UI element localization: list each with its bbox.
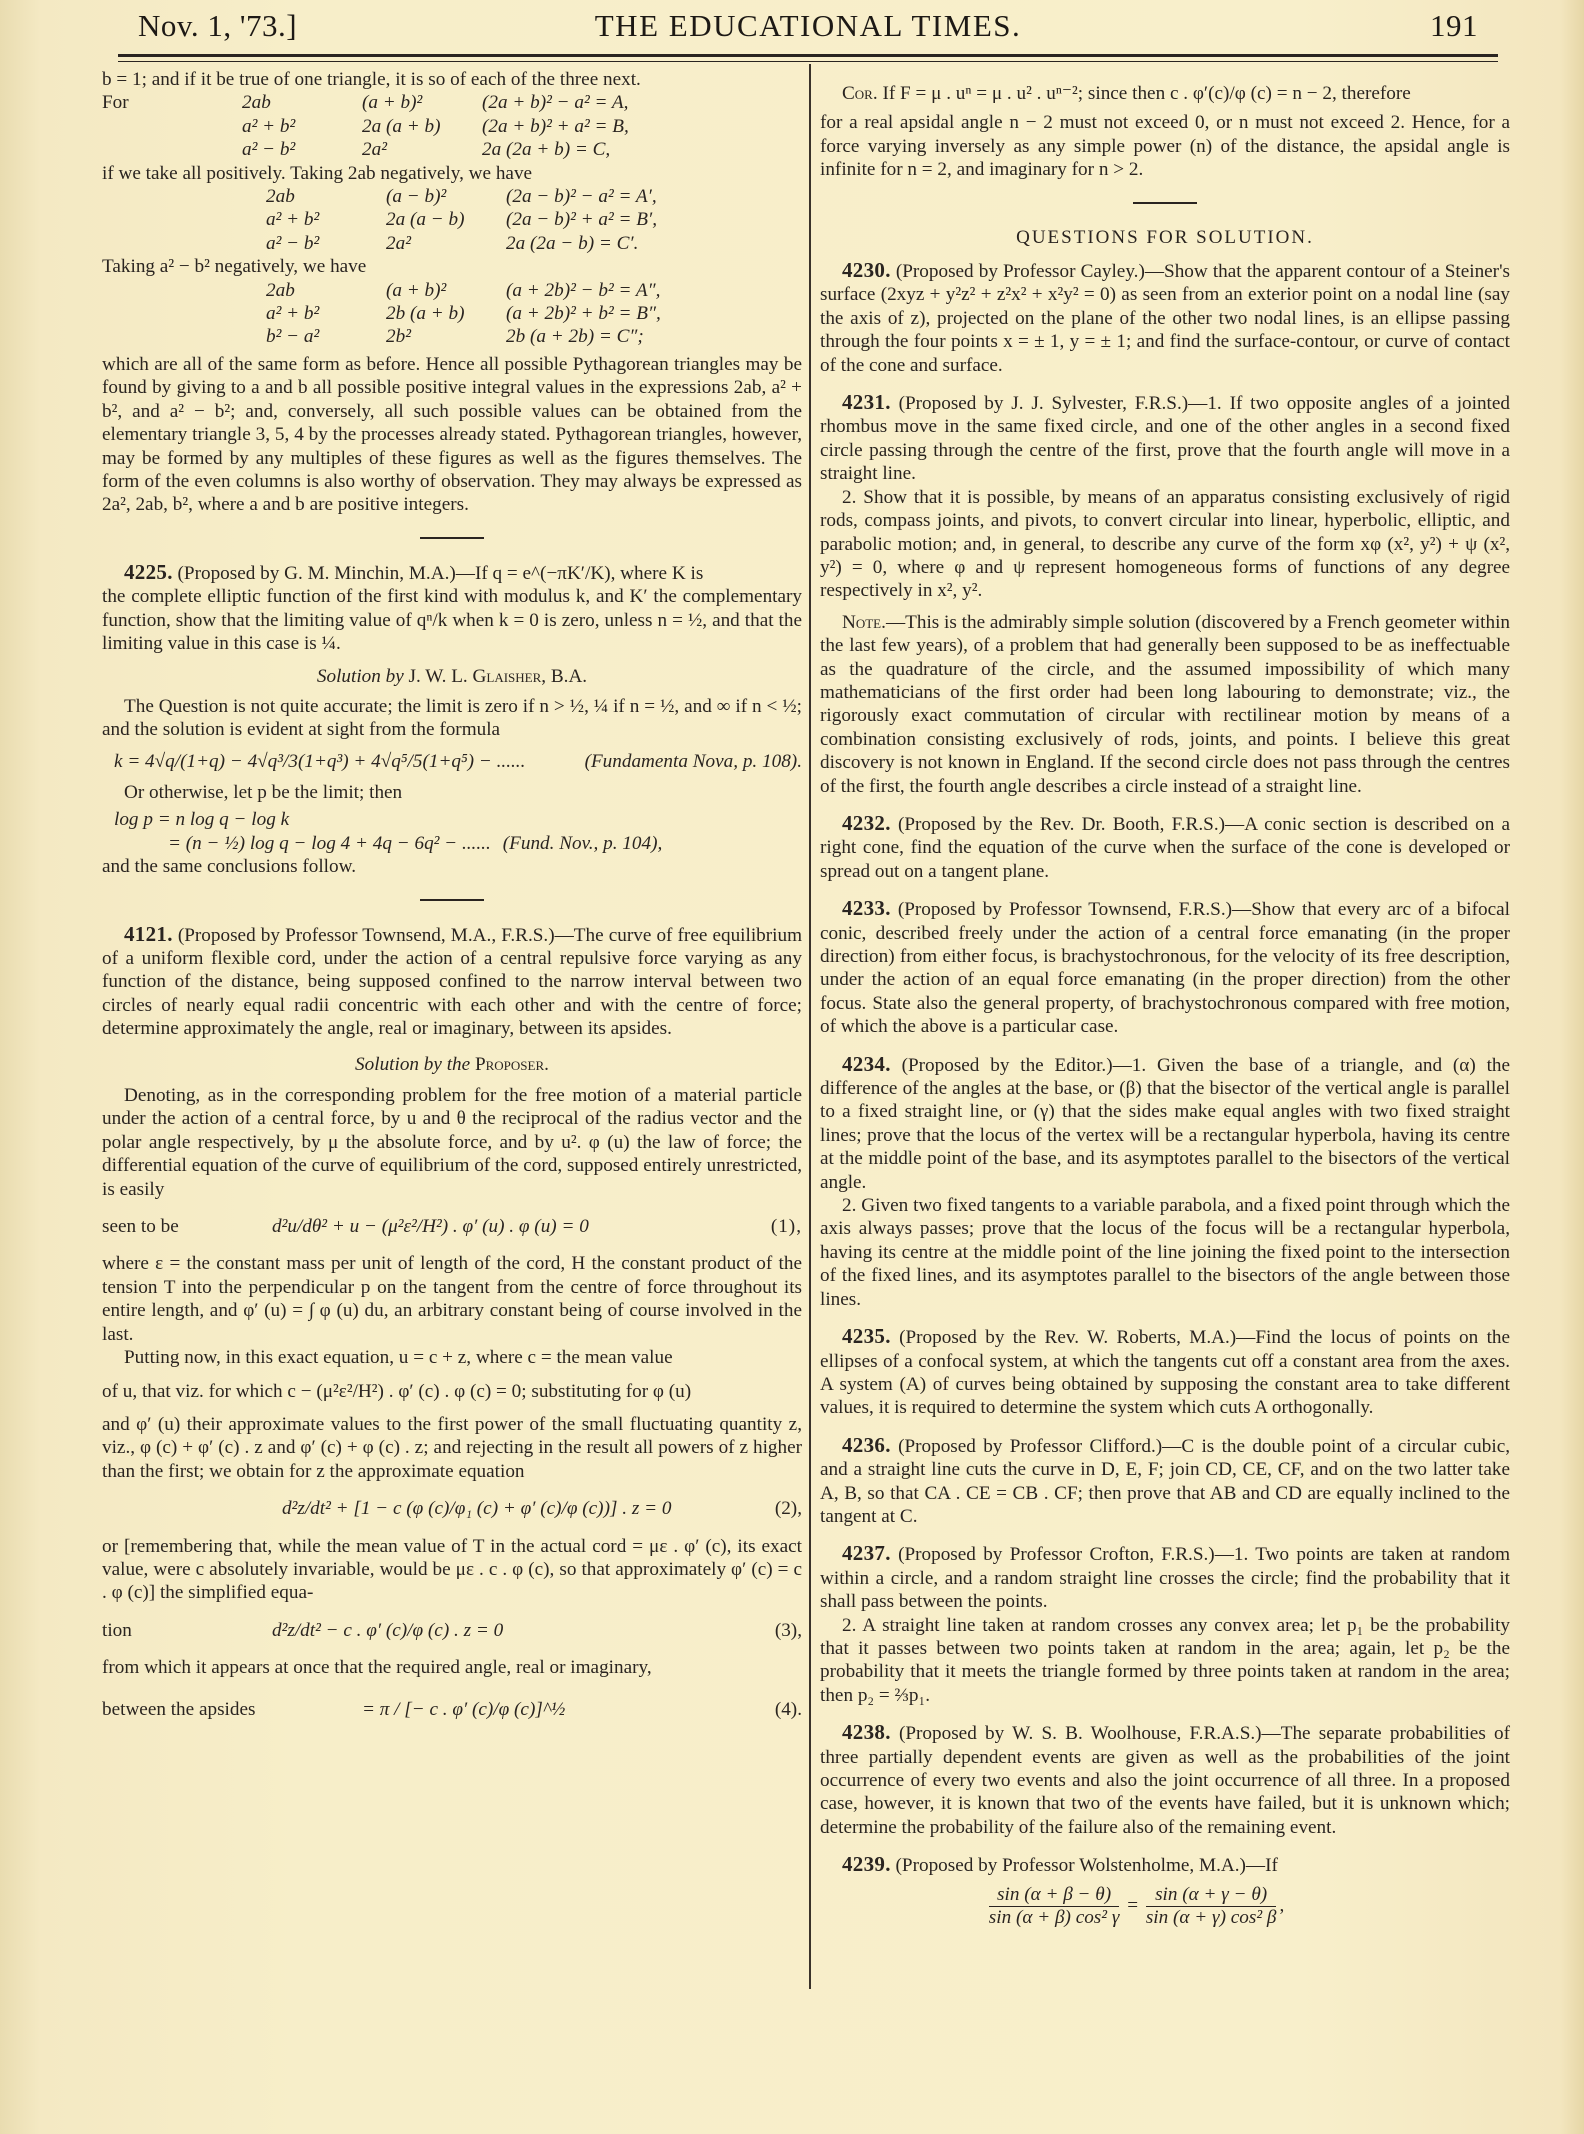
right-column: Cor. If F = μ . uⁿ = μ . u² . uⁿ⁻²; sinc… <box>820 68 1510 1929</box>
equation-number: (1), <box>771 1215 802 1238</box>
table-cell: 2a (2a − b) = C′. <box>506 232 826 255</box>
question-number: 4121. <box>124 922 173 946</box>
table-cell: 2a (a + b) <box>362 115 482 138</box>
intro-line: b = 1; and if it be true of one triangle… <box>102 68 802 91</box>
question-text: (Proposed by Professor Cayley.)—Show tha… <box>820 261 1510 376</box>
question-4236: 4236. (Proposed by Professor Clifford.)—… <box>820 1434 1510 1529</box>
table-cell: b² − a² <box>266 325 386 348</box>
table-cell: a² − b² <box>242 138 362 161</box>
solution-paragraph-3c: and φ′ (u) their approximate values to t… <box>102 1413 802 1483</box>
question-4232: 4232. (Proposed by the Rev. Dr. Booth, F… <box>820 812 1510 883</box>
solution-author: J. W. L. Glaisher, B.A. <box>409 666 588 687</box>
formula: d²z/dt² − c . φ′ (c)/φ (c) . z = 0 <box>272 1619 775 1642</box>
equation-3: tion d²z/dt² − c . φ′ (c)/φ (c) . z = 0 … <box>102 1619 802 1642</box>
table-cell: (a + 2b)² + b² = B″, <box>506 302 826 325</box>
table-row: a² + b²2a (a + b)(2a + b)² + a² = B, <box>242 115 802 138</box>
formula: k = 4√q/(1+q) − 4√q³/3(1+q³) + 4√q⁵/5(1+… <box>114 750 585 773</box>
question-number: 4230. <box>842 258 891 282</box>
equation-table-3: 2ab(a + b)²(a + 2b)² − b² = A″, a² + b²2… <box>102 279 802 349</box>
table-cell: (2a + b)² − a² = A, <box>482 91 802 114</box>
numerator: sin (α + β − θ) <box>989 1884 1120 1907</box>
punctuation: , <box>1279 1895 1284 1916</box>
equation-1: seen to be d²u/dθ² + u − (μ²ε²/H²) . φ′ … <box>102 1215 802 1238</box>
solution-heading-label: Solution by the <box>355 1054 470 1075</box>
question-number: 4236. <box>842 1433 891 1457</box>
formula-fundamenta-nova: k = 4√q/(1+q) − 4√q³/3(1+q³) + 4√q⁵/5(1+… <box>114 750 802 773</box>
corollary-text-continued: for a real apsidal angle n − 2 must not … <box>820 111 1510 181</box>
section-divider <box>1133 202 1197 204</box>
question-number: 4233. <box>842 896 891 920</box>
formula-4239: sin (α + β − θ) sin (α + β) cos² γ = sin… <box>820 1884 1510 1929</box>
question-4238: 4238. (Proposed by W. S. B. Woolhouse, F… <box>820 1721 1510 1839</box>
equation-number: (3), <box>775 1619 802 1642</box>
section-title: QUESTIONS FOR SOLUTION. <box>820 226 1510 249</box>
solution-paragraph-1: Denoting, as in the corresponding proble… <box>102 1084 802 1201</box>
table-cell: 2ab <box>242 91 362 114</box>
equation-table-1: For 2ab(a + b)²(2a + b)² − a² = A, a² + … <box>102 91 802 161</box>
question-4237: 4237. (Proposed by Professor Crofton, F.… <box>820 1542 1510 1707</box>
table-cell: 2ab <box>266 185 386 208</box>
question-4235: 4235. (Proposed by the Rev. W. Roberts, … <box>820 1325 1510 1420</box>
question-text-continued: the complete elliptic function of the fi… <box>102 585 802 655</box>
table-cell: 2b (a + b) <box>386 302 506 325</box>
table-cell: (a + b)² <box>362 91 482 114</box>
table-cell: 2a² <box>362 138 482 161</box>
between-text-2: Taking a² − b² negatively, we have <box>102 255 802 278</box>
formula: = π / [− c . φ′ (c)/φ (c)]^½ <box>362 1698 775 1721</box>
table-cell: (2a − b)² − a² = A′, <box>506 185 826 208</box>
solution-paragraph: The Question is not quite accurate; the … <box>102 695 802 742</box>
table-cell: 2a (a − b) <box>386 208 506 231</box>
question-text: (Proposed by the Rev. Dr. Booth, F.R.S.)… <box>820 814 1510 882</box>
numerator: sin (α + γ − θ) <box>1146 1884 1277 1907</box>
table-cell: 2b² <box>386 325 506 348</box>
solution-heading-label: Solution by <box>317 666 404 687</box>
pythagorean-paragraph: which are all of the same form as before… <box>102 353 802 517</box>
publication-title: THE EDUCATIONAL TIMES. <box>138 8 1478 44</box>
left-column: b = 1; and if it be true of one triangle… <box>102 68 802 1739</box>
table-cell: (2a + b)² + a² = B, <box>482 115 802 138</box>
question-4121: 4121. (Proposed by Professor Townsend, M… <box>102 923 802 1721</box>
header-rule <box>118 54 1498 62</box>
question-part-2: 2. Show that it is possible, by means of… <box>820 486 1510 603</box>
table-cell: 2ab <box>266 279 386 302</box>
question-number: 4231. <box>842 390 891 414</box>
table-cell: (a + 2b)² − b² = A″, <box>506 279 826 302</box>
question-text: (Proposed by J. J. Sylvester, F.R.S.)—1.… <box>820 393 1510 484</box>
solution-paragraph-3a: Putting now, in this exact equation, u =… <box>102 1346 802 1369</box>
table-row: a² − b²2a²2a (2a + b) = C, <box>242 138 802 161</box>
question-4225: 4225. (Proposed by G. M. Minchin, M.A.)—… <box>102 561 802 879</box>
table-row: 2ab(a − b)²(2a − b)² − a² = A′, <box>266 185 802 208</box>
question-number: 4225. <box>124 560 173 584</box>
question-4234: 4234. (Proposed by the Editor.)—1. Given… <box>820 1053 1510 1311</box>
solution-heading: Solution by J. W. L. Glaisher, B.A. <box>102 665 802 688</box>
question-text: (Proposed by the Editor.)—1. Given the b… <box>820 1055 1510 1193</box>
formula-reference: (Fund. Nov., p. 104), <box>503 832 663 855</box>
question-text: (Proposed by Professor Wolstenholme, M.A… <box>896 1855 1278 1876</box>
newspaper-page: Nov. 1, '73.] THE EDUCATIONAL TIMES. 191… <box>0 0 1584 2134</box>
question-number: 4238. <box>842 1720 891 1744</box>
question-text: (Proposed by Professor Crofton, F.R.S.)—… <box>820 1544 1510 1612</box>
otherwise-line: Or otherwise, let p be the limit; then <box>102 781 802 804</box>
conclusion: and the same conclusions follow. <box>102 855 802 878</box>
table-row: 2ab(a + b)²(2a + b)² − a² = A, <box>242 91 802 114</box>
question-4239: 4239. (Proposed by Professor Wolstenholm… <box>820 1853 1510 1928</box>
table-row: b² − a²2b²2b (a + 2b) = C″; <box>266 325 802 348</box>
column-divider <box>809 64 811 1989</box>
table-cell: 2a (2a + b) = C, <box>482 138 802 161</box>
table-cell: 2a² <box>386 232 506 255</box>
table-row: a² + b²2a (a − b)(2a − b)² + a² = B′, <box>266 208 802 231</box>
formula: d²u/dθ² + u − (μ²ε²/H²) . φ′ (u) . φ (u)… <box>272 1215 771 1238</box>
formula-reference: (Fundamenta Nova, p. 108). <box>585 750 802 773</box>
corollary-text: If F = μ . uⁿ = μ . u² . uⁿ⁻²; since the… <box>882 83 1410 104</box>
denominator: sin (α + β) cos² γ <box>989 1907 1120 1929</box>
equation-4: between the apsides = π / [− c . φ′ (c)/… <box>102 1698 802 1721</box>
section-divider <box>420 537 484 539</box>
question-part-2: 2. Given two fixed tangents to a variabl… <box>820 1194 1510 1311</box>
question-4231: 4231. (Proposed by J. J. Sylvester, F.R.… <box>820 391 1510 798</box>
table-cell: (a − b)² <box>386 185 506 208</box>
fraction-rhs: sin (α + γ − θ) sin (α + γ) cos² β <box>1146 1884 1277 1929</box>
table-row: a² − b²2a²2a (2a − b) = C′. <box>266 232 802 255</box>
denominator: sin (α + γ) cos² β <box>1146 1907 1277 1929</box>
equation-2: d²z/dt² + [1 − c (φ (c)/φ₁ (c) + φ′ (c)/… <box>282 1497 802 1520</box>
fraction-lhs: sin (α + β − θ) sin (α + β) cos² γ <box>989 1884 1120 1929</box>
question-number: 4235. <box>842 1324 891 1348</box>
question-number: 4239. <box>842 1852 891 1876</box>
question-text: (Proposed by Professor Townsend, M.A., F… <box>102 925 802 1040</box>
table-cell: a² + b² <box>266 302 386 325</box>
equation-label: seen to be <box>102 1215 272 1238</box>
table-row: a² + b²2b (a + b)(a + 2b)² + b² = B″, <box>266 302 802 325</box>
log-equation-2: = (n − ½) log q − log 4 + 4q − 6q² − ...… <box>102 832 802 855</box>
question-4233: 4233. (Proposed by Professor Townsend, F… <box>820 897 1510 1038</box>
question-number: 4234. <box>842 1052 891 1076</box>
table-label: For <box>102 91 242 161</box>
question-text: (Proposed by G. M. Minchin, M.A.)—If q =… <box>178 563 704 584</box>
question-number: 4237. <box>842 1541 891 1565</box>
question-4230: 4230. (Proposed by Professor Cayley.)—Sh… <box>820 259 1510 377</box>
solution-paragraph-5: from which it appears at once that the r… <box>102 1656 802 1679</box>
solution-paragraph-2: where ε = the constant mass per unit of … <box>102 1252 802 1346</box>
table-cell: a² − b² <box>266 232 386 255</box>
formula: = (n − ½) log q − log 4 + 4q − 6q² − ...… <box>168 832 491 855</box>
table-cell: a² + b² <box>242 115 362 138</box>
solution-author: Proposer. <box>475 1054 549 1075</box>
equation-number: (2), <box>775 1497 802 1520</box>
question-part-2: 2. A straight line taken at random cross… <box>820 1614 1510 1708</box>
table-cell: (2a − b)² + a² = B′, <box>506 208 826 231</box>
section-divider <box>420 899 484 901</box>
table-cell: a² + b² <box>266 208 386 231</box>
note-text: —This is the admirably simple solution (… <box>820 612 1510 797</box>
question-text: (Proposed by Professor Townsend, F.R.S.)… <box>820 899 1510 1037</box>
equation-label: between the apsides <box>102 1698 362 1721</box>
question-text: (Proposed by W. S. B. Woolhouse, F.R.A.S… <box>820 1723 1510 1838</box>
question-number: 4232. <box>842 811 891 835</box>
equation-table-2: 2ab(a − b)²(2a − b)² − a² = A′, a² + b²2… <box>102 185 802 255</box>
corollary-label: Cor. <box>842 83 878 104</box>
running-head: Nov. 1, '73.] THE EDUCATIONAL TIMES. 191 <box>138 8 1478 52</box>
corollary: Cor. If F = μ . uⁿ = μ . u² . uⁿ⁻²; sinc… <box>820 82 1510 182</box>
question-text: (Proposed by the Rev. W. Roberts, M.A.)—… <box>820 1327 1510 1418</box>
note-label: Note. <box>842 612 886 633</box>
equals-sign: = <box>1127 1895 1138 1916</box>
table-row: 2ab(a + b)²(a + 2b)² − b² = A″, <box>266 279 802 302</box>
solution-heading: Solution by the Proposer. <box>102 1053 802 1076</box>
solution-paragraph-4: or [remembering that, while the mean val… <box>102 1535 802 1605</box>
formula: d²z/dt² + [1 − c (φ (c)/φ₁ (c) + φ′ (c)/… <box>282 1497 775 1520</box>
question-text: (Proposed by Professor Clifford.)—C is t… <box>820 1436 1510 1527</box>
between-text-1: if we take all positively. Taking 2ab ne… <box>102 162 802 185</box>
solution-paragraph-3b: of u, that viz. for which c − (μ²ε²/H²) … <box>102 1380 802 1403</box>
log-equation-1: log p = n log q − log k <box>102 808 802 831</box>
table-cell: 2b (a + 2b) = C″; <box>506 325 826 348</box>
equation-label: tion <box>102 1619 272 1642</box>
table-cell: (a + b)² <box>386 279 506 302</box>
equation-number: (4). <box>775 1698 802 1721</box>
